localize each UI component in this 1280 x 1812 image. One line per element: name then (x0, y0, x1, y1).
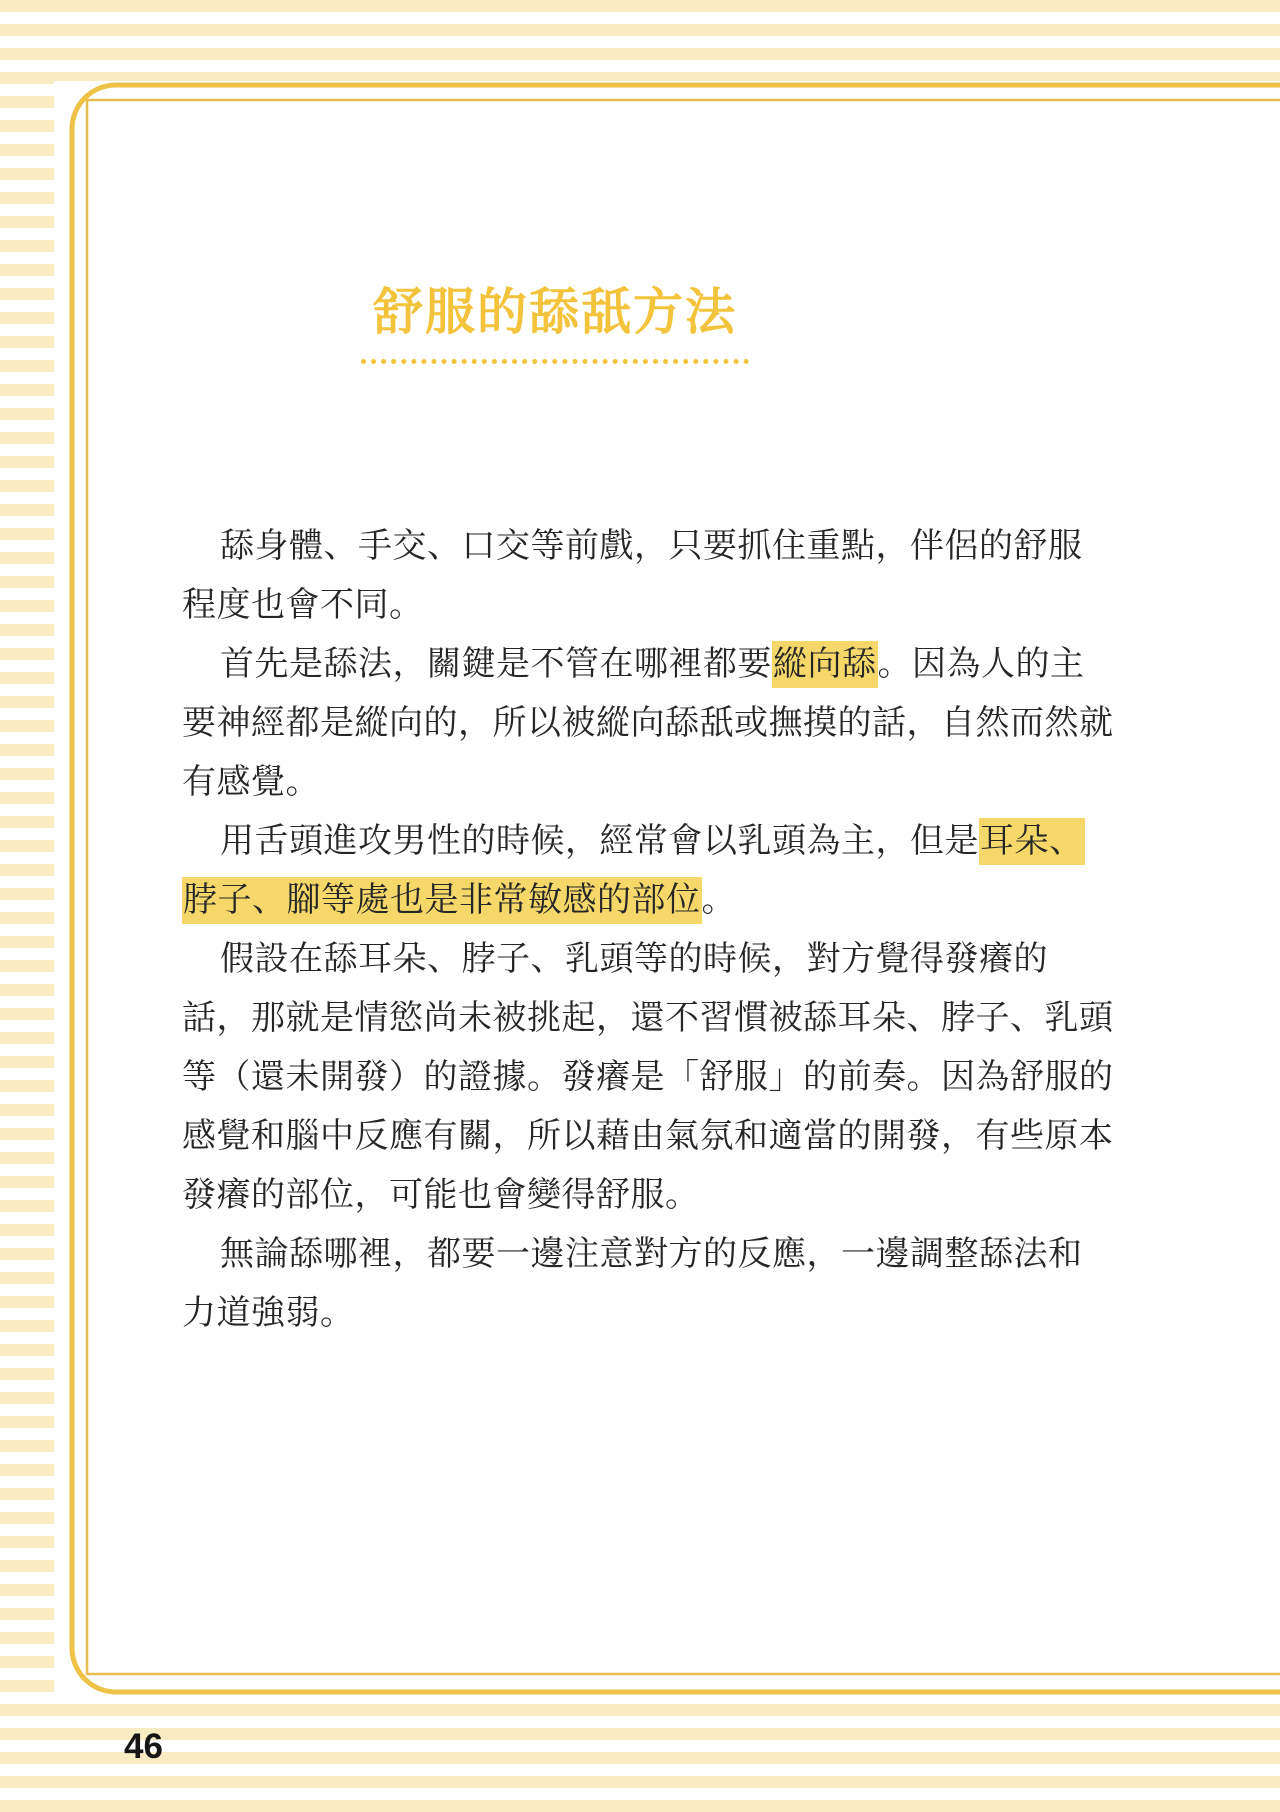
text-line: 假設在舔耳朵、脖子、乳頭等的時候，對方覺得發癢的 (182, 930, 1062, 989)
page-title: 舒服的舔舐方法 (373, 284, 737, 340)
text-segment: 力道強弱。 (182, 1295, 355, 1332)
text-segment: 。 (702, 882, 737, 919)
text-segment: 話，那就是情慾尚未被挑起，還不習慣被舔耳朵、脖子、乳頭 (182, 1000, 1114, 1037)
highlighted-text: 耳朵、 (979, 818, 1085, 865)
text-segment: 舔身體、手交、口交等前戲，只要抓住重點，伴侶的舒服 (220, 528, 1083, 565)
highlighted-text: 縱向舔 (772, 641, 878, 688)
text-line: 舔身體、手交、口交等前戲，只要抓住重點，伴侶的舒服 (182, 517, 1062, 576)
text-line: 等（還未開發）的證據。發癢是「舒服」的前奏。因為舒服的 (182, 1048, 1062, 1107)
text-segment: 。因為人的主 (878, 646, 1085, 683)
text-segment: 用舌頭進攻男性的時候，經常會以乳頭為主，但是 (220, 823, 979, 860)
text-segment: 感覺和腦中反應有關，所以藉由氣氛和適當的開發，有些原本 (182, 1118, 1114, 1155)
text-segment: 首先是舔法，關鍵是不管在哪裡都要 (220, 646, 772, 683)
page-number: 46 (124, 1727, 163, 1767)
text-line: 脖子、腳等處也是非常敏感的部位。 (182, 871, 1062, 930)
text-line: 要神經都是縱向的，所以被縱向舔舐或撫摸的話，自然而然就 (182, 694, 1062, 753)
text-line: 用舌頭進攻男性的時候，經常會以乳頭為主，但是耳朵、 (182, 812, 1062, 871)
text-line: 無論舔哪裡，都要一邊注意對方的反應，一邊調整舔法和 (182, 1225, 1062, 1284)
text-segment: 等（還未開發）的證據。發癢是「舒服」的前奏。因為舒服的 (182, 1059, 1114, 1096)
text-segment: 程度也會不同。 (182, 587, 424, 624)
text-segment: 假設在舔耳朵、脖子、乳頭等的時候，對方覺得發癢的 (220, 941, 1048, 978)
text-segment: 要神經都是縱向的，所以被縱向舔舐或撫摸的話，自然而然就 (182, 705, 1114, 742)
highlighted-text: 脖子、腳等處也是非常敏感的部位 (182, 877, 702, 924)
text-line: 話，那就是情慾尚未被挑起，還不習慣被舔耳朵、脖子、乳頭 (182, 989, 1062, 1048)
title-underline (361, 351, 749, 364)
book-page: { "page": { "title": "舒服的舔舐方法", "page_nu… (0, 0, 1280, 1812)
text-line: 程度也會不同。 (182, 576, 1062, 635)
text-segment: 無論舔哪裡，都要一邊注意對方的反應，一邊調整舔法和 (220, 1236, 1083, 1273)
text-segment: 發癢的部位，可能也會變得舒服。 (182, 1177, 700, 1214)
text-line: 發癢的部位，可能也會變得舒服。 (182, 1166, 1062, 1225)
text-line: 感覺和腦中反應有關，所以藉由氣氛和適當的開發，有些原本 (182, 1107, 1062, 1166)
text-line: 首先是舔法，關鍵是不管在哪裡都要縱向舔。因為人的主 (182, 635, 1062, 694)
text-line: 力道強弱。 (182, 1284, 1062, 1343)
text-line: 有感覺。 (182, 753, 1062, 812)
text-segment: 有感覺。 (182, 764, 320, 801)
body-text: 舔身體、手交、口交等前戲，只要抓住重點，伴侶的舒服程度也會不同。首先是舔法，關鍵… (182, 517, 1062, 1343)
title-wrap: 舒服的舔舐方法 (373, 284, 737, 340)
